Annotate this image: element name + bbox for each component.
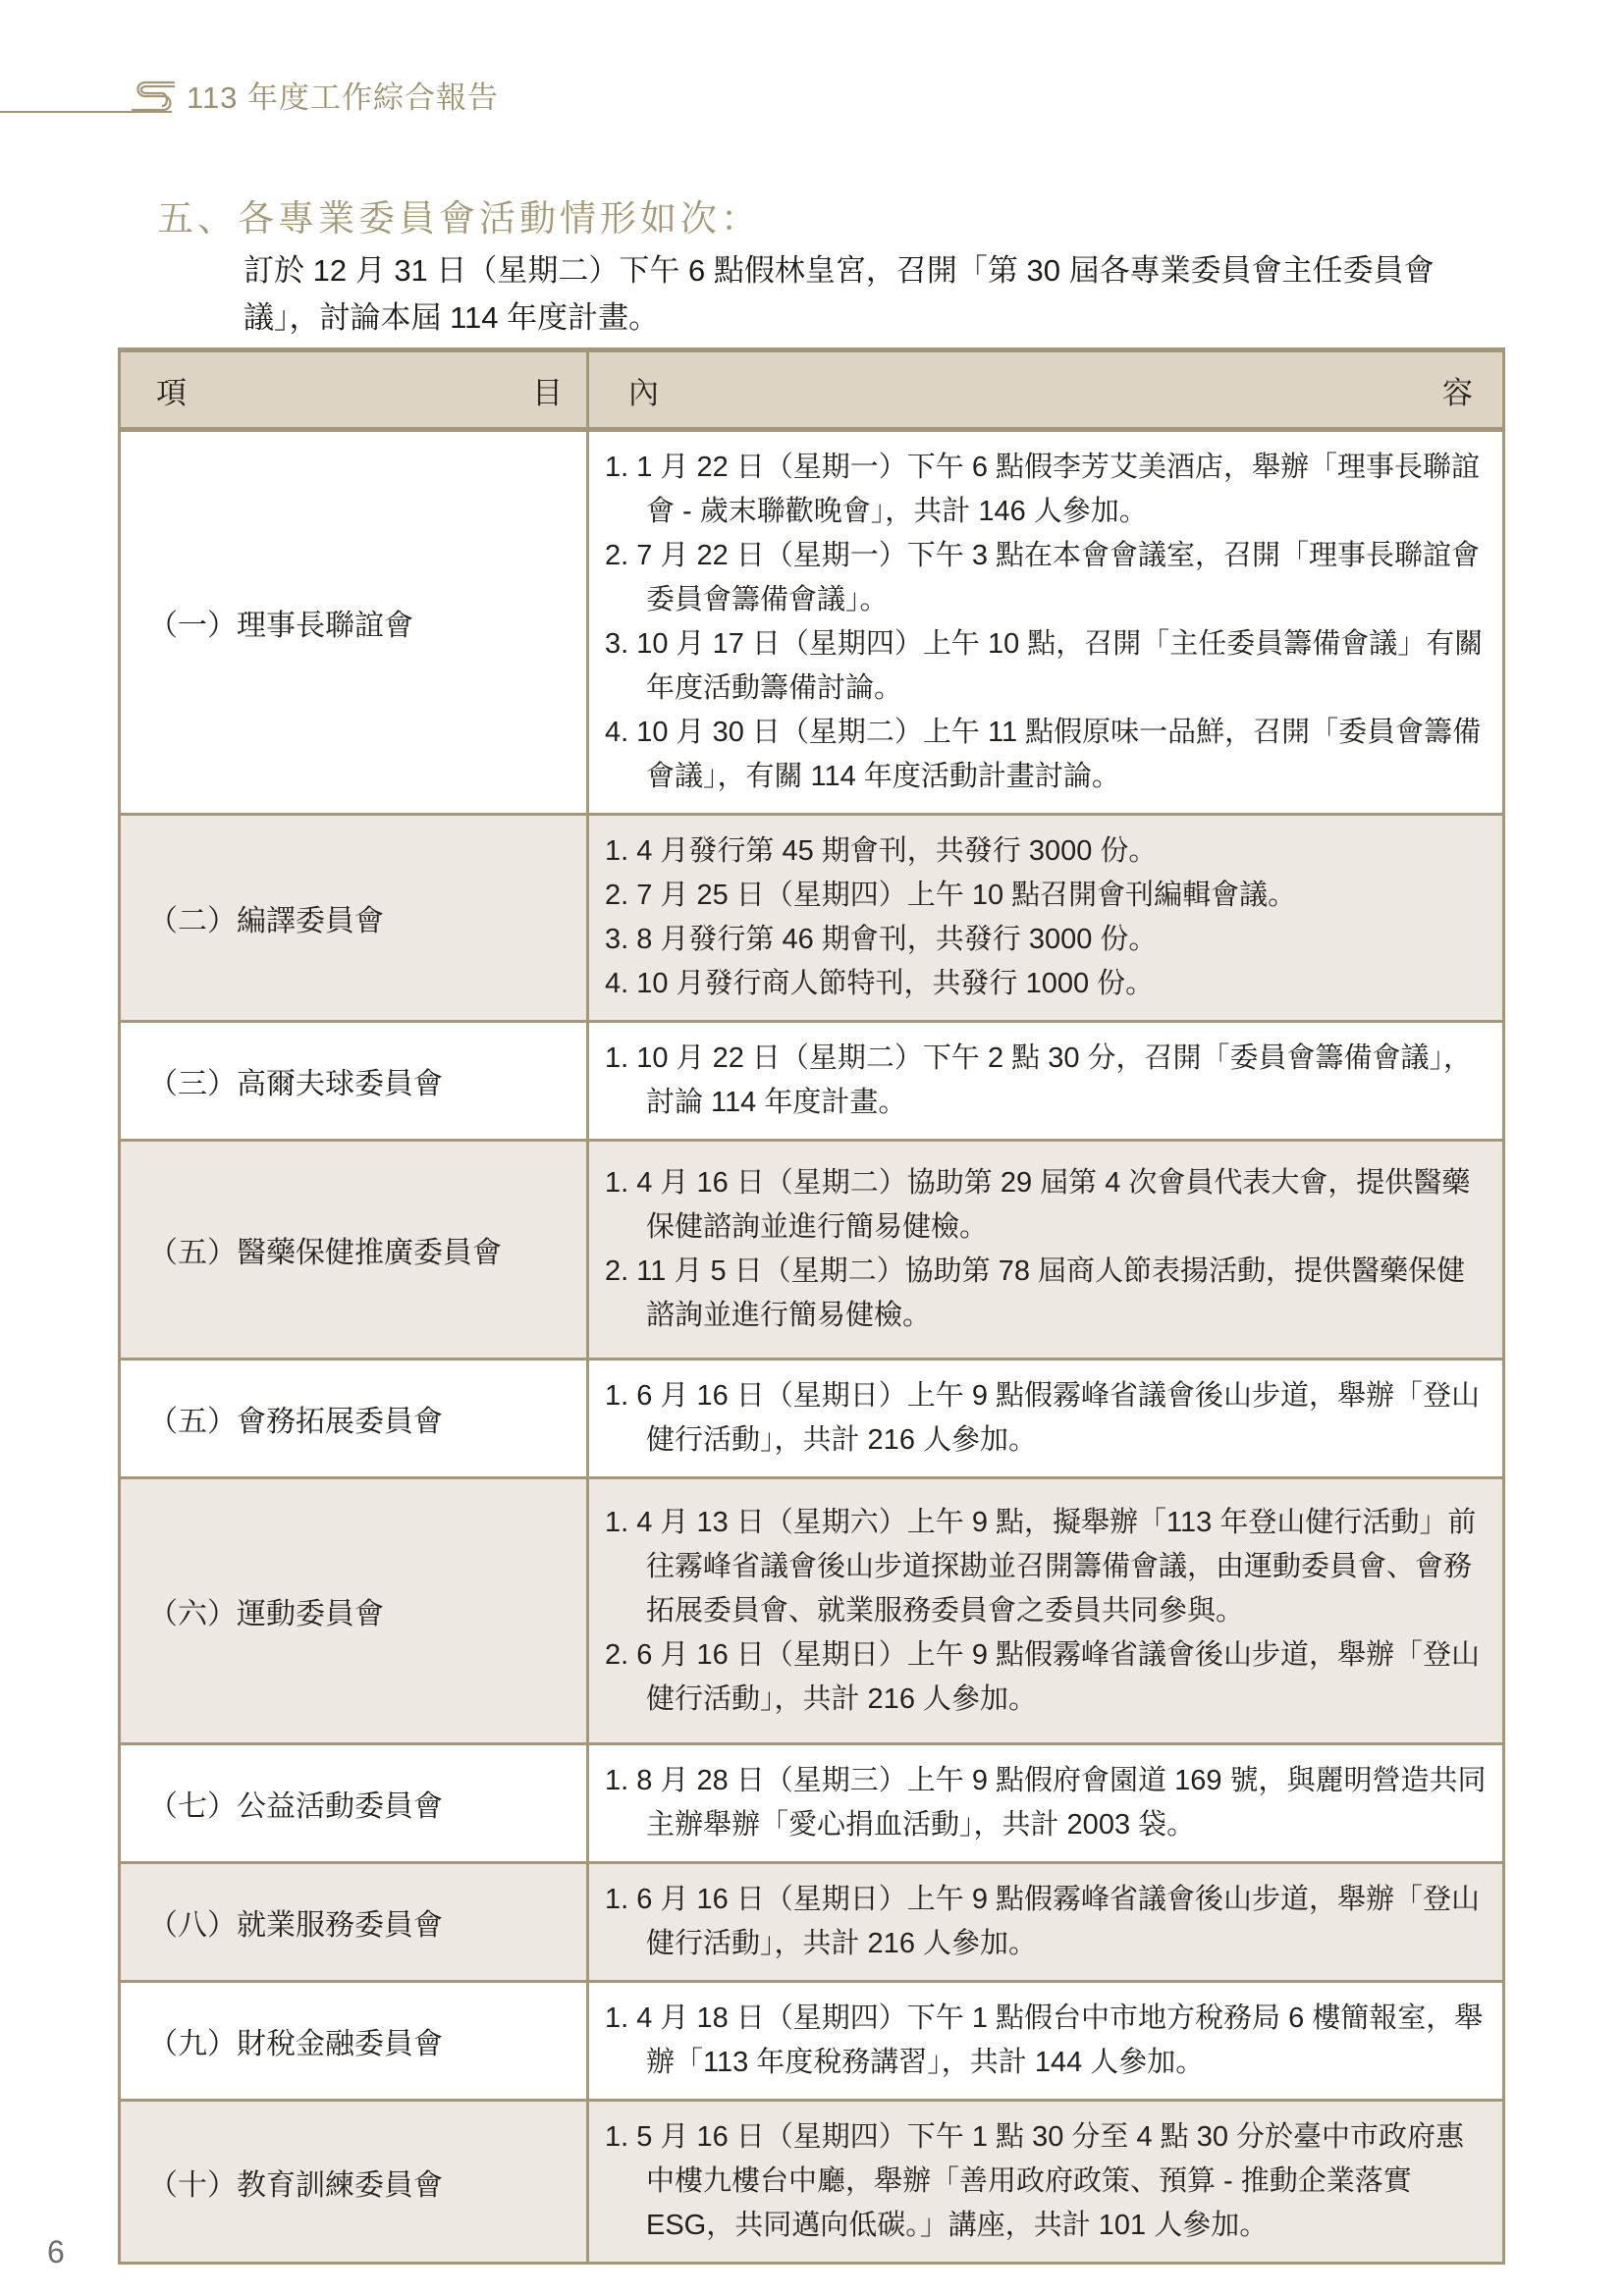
section-intro: 訂於 12 月 31 日（星期二）下午 6 點假林皇宮，召開「第 30 屆各專業… <box>244 247 1510 342</box>
activity-entry: 1. 4 月 18 日（星期四）下午 1 點假台中市地方稅務局 6 樓簡報室，舉… <box>605 1997 1487 2085</box>
activity-list: 1. 4 月 13 日（星期六）上午 9 點，擬舉辦「113 年登山健行活動」前… <box>588 1478 1504 1744</box>
header-content-left: 內 <box>628 368 659 412</box>
swirl-logo-icon <box>132 77 177 114</box>
table-row: （十）教育訓練委員會1. 5 月 16 日（星期四）下午 1 點 30 分至 4… <box>120 2101 1504 2264</box>
table-row: （七）公益活動委員會1. 8 月 28 日（星期三）上午 9 點假府會園道 16… <box>120 1744 1504 1863</box>
committee-name: （六）運動委員會 <box>120 1478 588 1744</box>
table-row: （三）高爾夫球委員會1. 10 月 22 日（星期二）下午 2 點 30 分，召… <box>120 1022 1504 1141</box>
activity-entry: 4. 10 月 30 日（星期二）上午 11 點假原味一品鮮，召開「委員會籌備會… <box>605 711 1487 799</box>
table-row: （一）理事長聯誼會1. 1 月 22 日（星期一）下午 6 點假李芳艾美酒店，舉… <box>120 430 1504 815</box>
activity-list: 1. 4 月 18 日（星期四）下午 1 點假台中市地方稅務局 6 樓簡報室，舉… <box>588 1982 1504 2101</box>
committee-name: （一）理事長聯誼會 <box>120 430 588 815</box>
header-item-column: 項 目 <box>120 350 588 430</box>
committee-name: （十）教育訓練委員會 <box>120 2101 588 2264</box>
table-row: （六）運動委員會1. 4 月 13 日（星期六）上午 9 點，擬舉辦「113 年… <box>120 1478 1504 1744</box>
activity-list: 1. 1 月 22 日（星期一）下午 6 點假李芳艾美酒店，舉辦「理事長聯誼會 … <box>588 430 1504 815</box>
table-body: （一）理事長聯誼會1. 1 月 22 日（星期一）下午 6 點假李芳艾美酒店，舉… <box>120 430 1504 2264</box>
activity-entry: 3. 8 月發行第 46 期會刊，共發行 3000 份。 <box>605 918 1487 962</box>
committee-name: （五）會務拓展委員會 <box>120 1360 588 1478</box>
activity-entry: 3. 10 月 17 日（星期四）上午 10 點，召開「主任委員籌備會議」有關年… <box>605 622 1487 711</box>
activity-entry: 1. 4 月 16 日（星期二）協助第 29 屆第 4 次會員代表大會，提供醫藥… <box>605 1161 1487 1250</box>
activity-entry: 2. 7 月 22 日（星期一）下午 3 點在本會會議室，召開「理事長聯誼會委員… <box>605 534 1487 622</box>
activity-list: 1. 4 月 16 日（星期二）協助第 29 屆第 4 次會員代表大會，提供醫藥… <box>588 1141 1504 1360</box>
activity-list: 1. 6 月 16 日（星期日）上午 9 點假霧峰省議會後山步道，舉辦「登山健行… <box>588 1360 1504 1478</box>
committee-name: （七）公益活動委員會 <box>120 1744 588 1863</box>
activity-entry: 2. 7 月 25 日（星期四）上午 10 點召開會刊編輯會議。 <box>605 874 1487 918</box>
report-title: 113 年度工作綜合報告 <box>187 73 499 117</box>
activity-entry: 1. 10 月 22 日（星期二）下午 2 點 30 分，召開「委員會籌備會議」… <box>605 1037 1487 1125</box>
table-row: （八）就業服務委員會1. 6 月 16 日（星期日）上午 9 點假霧峰省議會後山… <box>120 1863 1504 1982</box>
header-item-left: 項 <box>156 368 187 412</box>
activity-list: 1. 8 月 28 日（星期三）上午 9 點假府會園道 169 號，與麗明營造共… <box>588 1744 1504 1863</box>
committee-name: （三）高爾夫球委員會 <box>120 1022 588 1141</box>
committee-name: （二）編譯委員會 <box>120 815 588 1022</box>
activity-list: 1. 6 月 16 日（星期日）上午 9 點假霧峰省議會後山步道，舉辦「登山健行… <box>588 1863 1504 1982</box>
activity-entry: 4. 10 月發行商人節特刊，共發行 1000 份。 <box>605 962 1487 1006</box>
activity-entry: 2. 11 月 5 日（星期二）協助第 78 屆商人節表揚活動，提供醫藥保健諮詢… <box>605 1250 1487 1338</box>
table-row: （九）財稅金融委員會1. 4 月 18 日（星期四）下午 1 點假台中市地方稅務… <box>120 1982 1504 2101</box>
table-row: （五）會務拓展委員會1. 6 月 16 日（星期日）上午 9 點假霧峰省議會後山… <box>120 1360 1504 1478</box>
committee-name: （九）財稅金融委員會 <box>120 1982 588 2101</box>
activity-entry: 1. 6 月 16 日（星期日）上午 9 點假霧峰省議會後山步道，舉辦「登山健行… <box>605 1878 1487 1966</box>
committee-name: （八）就業服務委員會 <box>120 1863 588 1982</box>
header-item-right: 目 <box>532 368 563 412</box>
section-title: 五、各專業委員會活動情形如次： <box>157 188 761 241</box>
activity-list: 1. 4 月發行第 45 期會刊，共發行 3000 份。2. 7 月 25 日（… <box>588 815 1504 1022</box>
table-row: （五）醫藥保健推廣委員會1. 4 月 16 日（星期二）協助第 29 屆第 4 … <box>120 1141 1504 1360</box>
activity-entry: 1. 8 月 28 日（星期三）上午 9 點假府會園道 169 號，與麗明營造共… <box>605 1759 1487 1847</box>
running-header: 113 年度工作綜合報告 <box>0 59 687 118</box>
table-header-row: 項 目 內 容 <box>120 350 1504 430</box>
activity-entry: 1. 4 月發行第 45 期會刊，共發行 3000 份。 <box>605 829 1487 874</box>
activity-entry: 1. 1 月 22 日（星期一）下午 6 點假李芳艾美酒店，舉辦「理事長聯誼會 … <box>605 446 1487 534</box>
page-number: 6 <box>47 2234 65 2270</box>
activity-entry: 1. 4 月 13 日（星期六）上午 9 點，擬舉辦「113 年登山健行活動」前… <box>605 1501 1487 1633</box>
activity-entry: 1. 6 月 16 日（星期日）上午 9 點假霧峰省議會後山步道，舉辦「登山健行… <box>605 1374 1487 1463</box>
table-row: （二）編譯委員會1. 4 月發行第 45 期會刊，共發行 3000 份。2. 7… <box>120 815 1504 1022</box>
committee-activities-table: 項 目 內 容 （一）理事長聯誼會1. 1 月 22 日（星期一）下午 6 點假… <box>118 347 1505 2265</box>
header-content-column: 內 容 <box>588 350 1504 430</box>
activity-entry: 2. 6 月 16 日（星期日）上午 9 點假霧峰省議會後山步道，舉辦「登山健行… <box>605 1633 1487 1722</box>
committee-name: （五）醫藥保健推廣委員會 <box>120 1141 588 1360</box>
activity-list: 1. 5 月 16 日（星期四）下午 1 點 30 分至 4 點 30 分於臺中… <box>588 2101 1504 2264</box>
activity-entry: 1. 5 月 16 日（星期四）下午 1 點 30 分至 4 點 30 分於臺中… <box>605 2115 1487 2248</box>
activity-list: 1. 10 月 22 日（星期二）下午 2 點 30 分，召開「委員會籌備會議」… <box>588 1022 1504 1141</box>
header-content-right: 容 <box>1442 368 1473 412</box>
